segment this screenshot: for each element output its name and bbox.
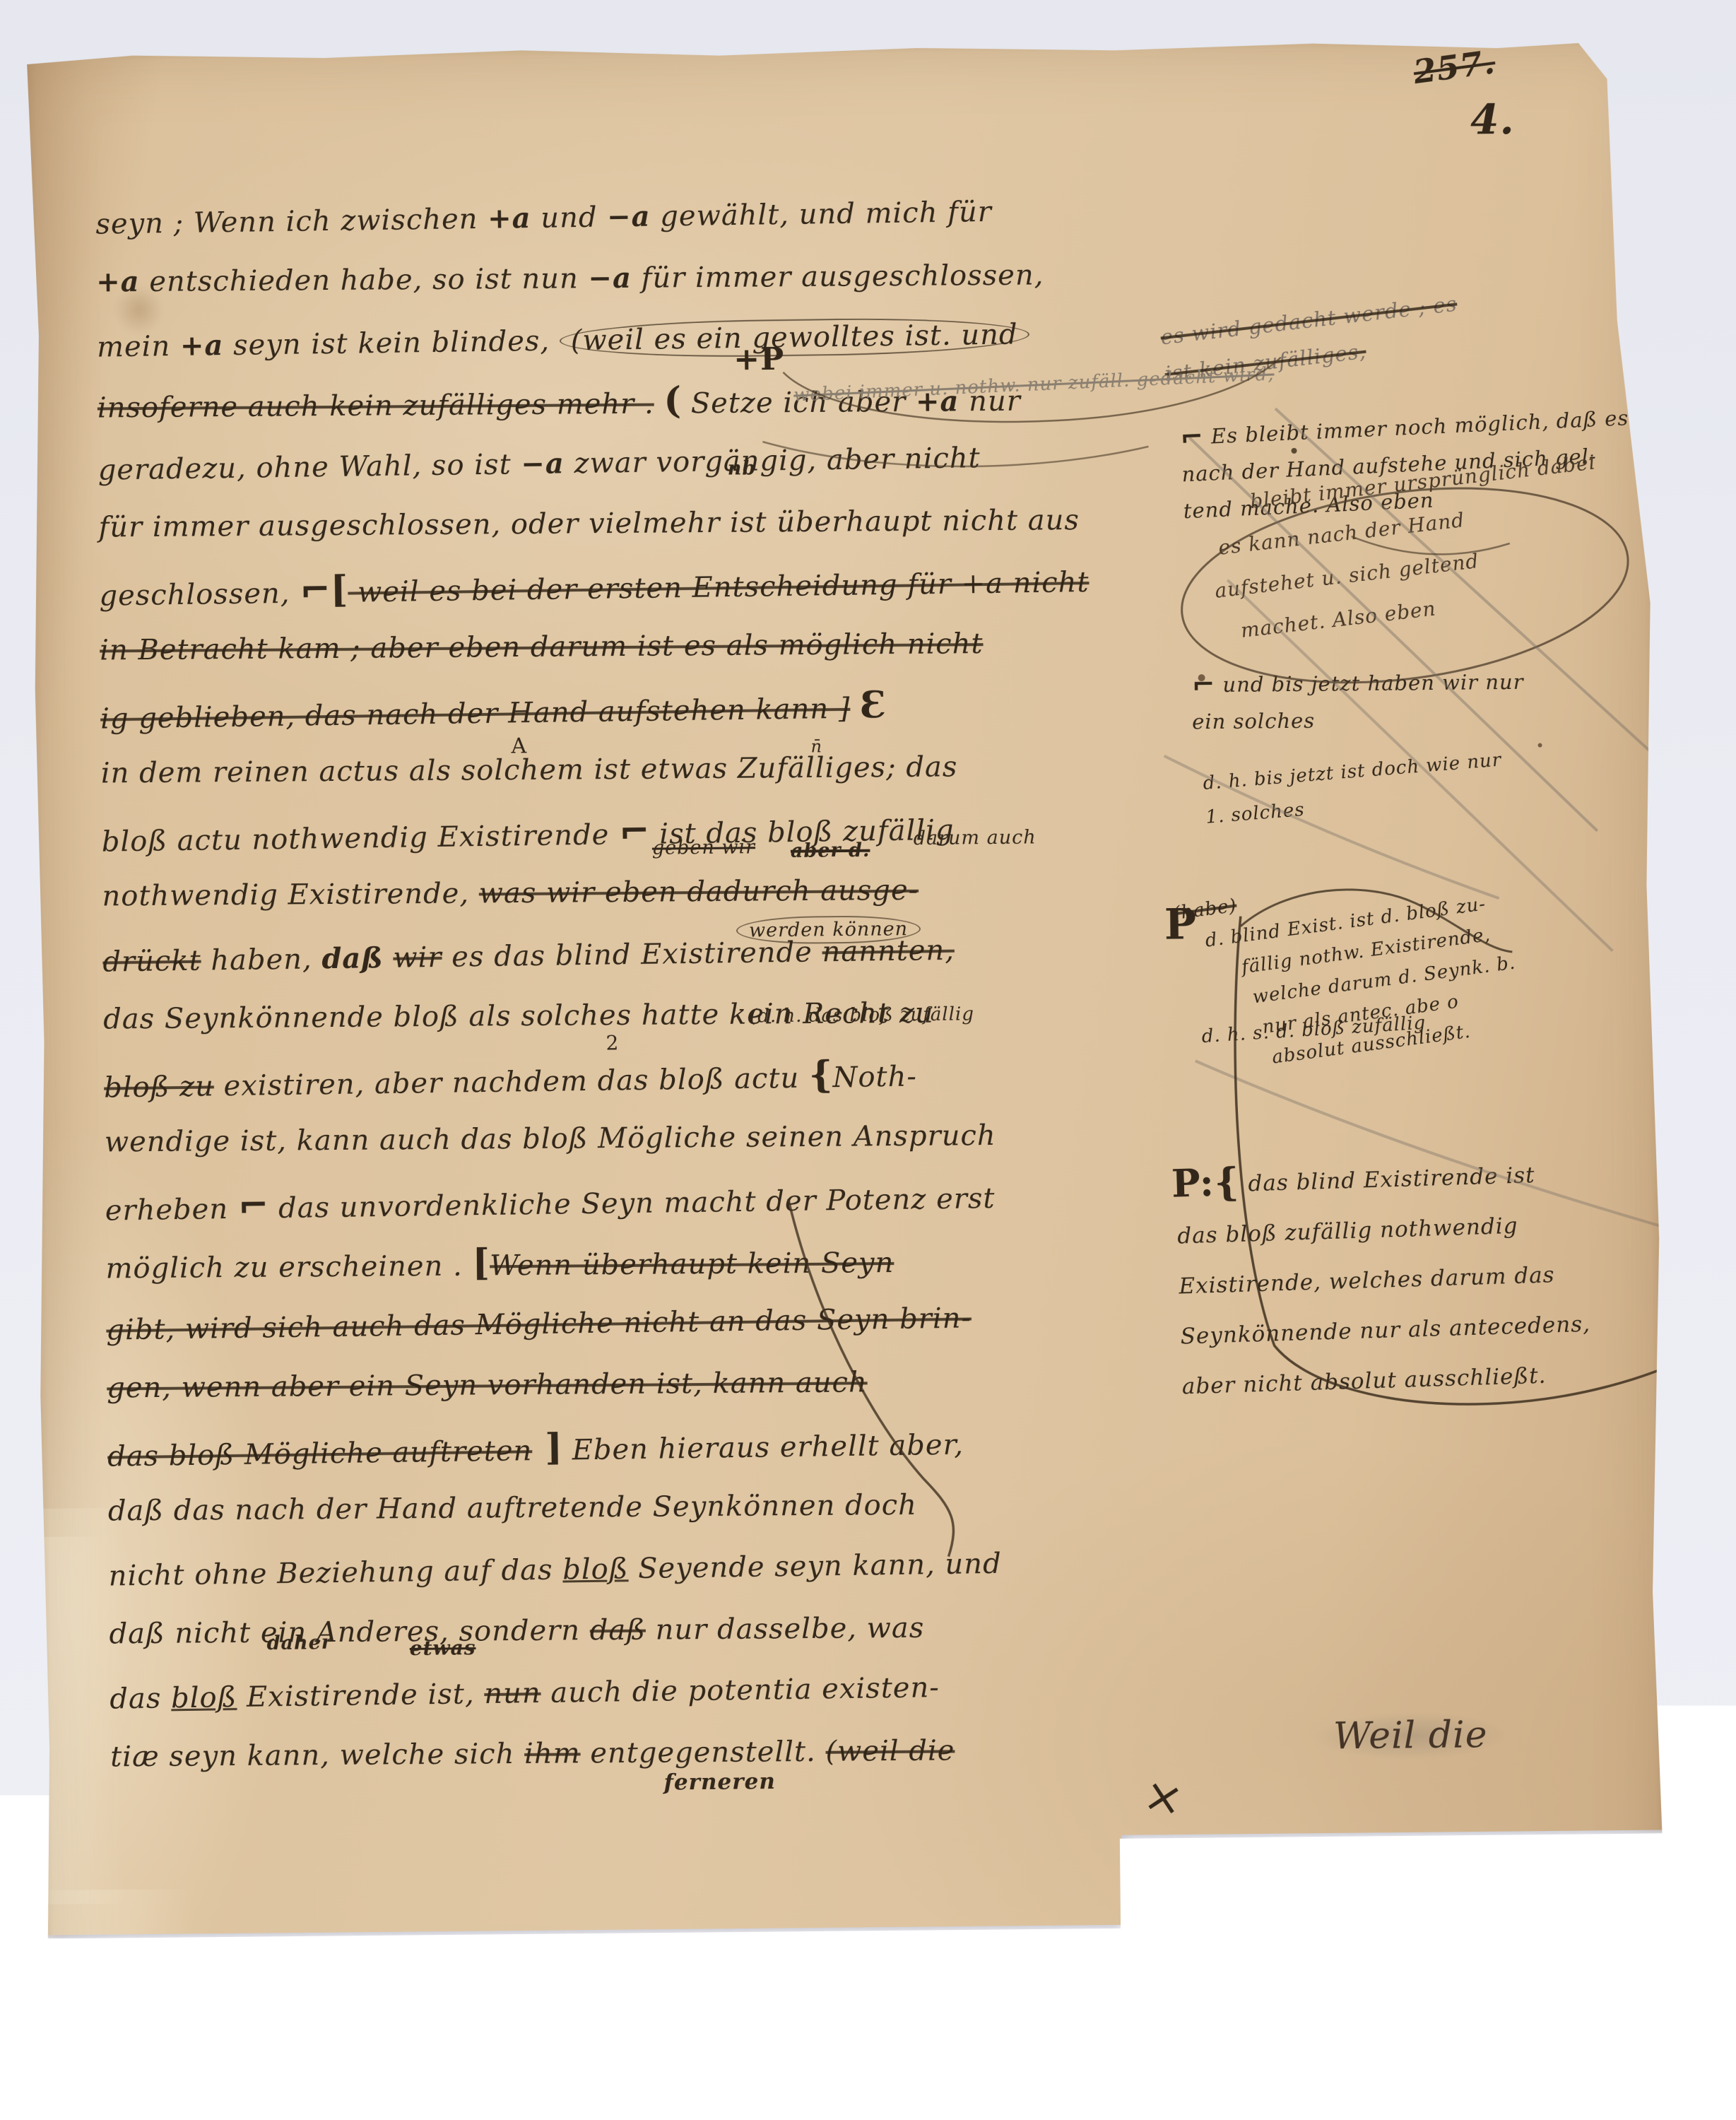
struck-text: drückt <box>102 945 201 979</box>
text-segment: gewählt, und mich für <box>650 196 992 233</box>
struck-text: Wenn überhaupt kein Seyn <box>490 1247 894 1282</box>
manuscript-line-10: in dem reinen actus als solchem ist etwa… <box>101 735 1218 805</box>
pencil-folio-number: 2 <box>1632 35 1648 64</box>
paper-stain <box>45 1889 195 2116</box>
struck-text: gen, wenn aber ein Seyn vorhanden ist, k… <box>107 1366 868 1404</box>
insert-fern: ferneren <box>663 1769 776 1796</box>
text-segment: existiren, aber nachdem das bloß actu <box>214 1062 810 1103</box>
text-segment: bloß <box>562 1553 629 1586</box>
text-segment: ⌐[ <box>300 568 348 612</box>
text-segment: ⌐ <box>237 1184 268 1227</box>
text-segment: (weil es ein gewolltes ist. und <box>559 316 1029 359</box>
manuscript-line-23: nicht ohne Beziehung auf das bloß Seyend… <box>108 1530 1225 1607</box>
struck-text: daß <box>590 1614 646 1647</box>
scan-background: { "page": { "corner_number_pencil": "2",… <box>0 0 1736 2120</box>
text-segment: das bloß zufällig nothwendig <box>1177 1213 1518 1249</box>
text-segment: und <box>531 201 607 234</box>
insertion-sigil: P:{ <box>1171 1157 1240 1209</box>
text-segment: das unvordenkliche Seyn macht der Potenz… <box>268 1182 996 1225</box>
struck-text: nun <box>484 1677 541 1710</box>
struck-text: wir <box>393 941 442 974</box>
text-segment: zwar vorgängig, aber nicht <box>564 442 981 480</box>
text-segment: [ <box>472 1241 490 1284</box>
text-segment: bloß actu nothwendig Existirende <box>101 818 619 858</box>
struck-text: in Betracht kam ; aber eben darum ist es… <box>100 628 984 666</box>
struck-text: (weil die <box>825 1734 955 1767</box>
text-segment: daß nicht ein Anderes, sondern <box>109 1614 590 1650</box>
text-segment: nicht ohne Beziehung auf das <box>108 1554 562 1593</box>
text-segment: Existirende, welches darum das <box>1179 1262 1555 1299</box>
text-segment: haben, <box>201 943 321 977</box>
struck-text: insoferne auch kein zufälliges mehr . <box>98 388 654 425</box>
text-segment: nothwendig Existirende, <box>102 877 479 912</box>
text-segment: das blind Existirende ist <box>1248 1162 1535 1196</box>
struck-text: bloß zu <box>104 1070 214 1104</box>
struck-text: gibt, wird sich auch das Mögliche nicht … <box>106 1302 972 1346</box>
manuscript-line-22: daß das nach der Hand auftretende Seynkö… <box>108 1473 1225 1543</box>
manuscript-line-3: mein +a seyn ist kein blindes, (weil es … <box>96 301 1213 378</box>
manuscript-line-17: erheben ⌐ das unvordenkliche Seyn macht … <box>105 1161 1222 1238</box>
manuscript-line-7: geschlossen, ⌐[ weil es bei der ersten E… <box>99 547 1216 624</box>
insert-etwas: etwas <box>410 1636 476 1660</box>
text-segment: entgegenstellt. <box>580 1736 825 1770</box>
manuscript-line-9: ig geblieben, das nach der Hand aufstehe… <box>100 670 1217 747</box>
struck-text: weil es bei der ersten Entscheidung für … <box>348 566 1090 609</box>
insert-caret: A <box>511 734 527 758</box>
text-segment: für immer ausgeschlossen, <box>632 259 1044 294</box>
text-segment: Ɛ <box>860 683 887 727</box>
struck-text: was wir eben dadurch ausge- <box>479 874 919 910</box>
text-segment: { <box>808 1053 832 1096</box>
margin-note-n4: ⌐und bis jetzt haben wir nurein solches <box>1191 664 1493 740</box>
text-segment: für immer ausgeschlossen, oder vielmehr … <box>98 504 1080 543</box>
manuscript-paper: 257. 4. 2 seyn ; Wenn ich zwischen +a un… <box>27 37 1667 2115</box>
text-segment: −a <box>588 261 632 295</box>
text-segment: Existirende ist, <box>237 1678 485 1714</box>
paper-stain <box>27 52 105 1537</box>
text-segment: Noth- <box>832 1060 917 1094</box>
margin-note-n1: ✛wobei immer und nothwendig nur zufällig… <box>1191 56 1682 149</box>
text-segment: entschieden habe, so ist nun <box>139 262 588 298</box>
insert-daher: daher <box>267 1632 333 1654</box>
text-segment: aber nicht absolut ausschließt. <box>1181 1363 1547 1400</box>
text-segment: seyn ist kein blindes, <box>223 324 560 362</box>
manuscript-line-18: möglich zu erscheinen . [Wenn überhaupt … <box>105 1227 1222 1297</box>
text-segment: geschlossen, <box>99 577 300 613</box>
text-segment: es das blind Existirende <box>442 936 822 974</box>
text-segment: wendige ist, kann auch das bloß Mögliche… <box>105 1119 996 1158</box>
manuscript-line-25: das bloß Existirende ist, nun auch die p… <box>110 1653 1227 1730</box>
insertion-sigil: ⌐ <box>1179 418 1205 456</box>
text-segment: seyn ; Wenn ich zwischen <box>95 203 488 241</box>
insert-weildie: Weil die <box>1313 1711 1508 1761</box>
interlinear-inserts: +Pwobei immer u. nothw. nur zufäll. geda… <box>27 37 1648 53</box>
insert-two: 2 <box>606 1031 619 1054</box>
manuscript-line-13: drückt haben, daß wir es das blind Exist… <box>102 915 1220 992</box>
insert-dhdas: (d. h. das bloß zufällig <box>750 1003 974 1027</box>
text-segment: +a <box>180 329 224 363</box>
text-segment: ] <box>532 1426 563 1470</box>
struck-text: ig geblieben, das nach der Hand aufstehe… <box>100 693 851 736</box>
text-segment: möglich zu erscheinen . <box>105 1250 472 1285</box>
text-segment: mein <box>97 330 181 364</box>
margin-notes: ✛wobei immer und nothwendig nur zufällig… <box>27 37 1648 53</box>
manuscript-line-1: seyn ; Wenn ich zwischen +a und −a gewäh… <box>95 178 1212 255</box>
text-segment: ( <box>663 379 681 422</box>
ink-blot <box>322 1955 331 1964</box>
text-segment: bloß <box>171 1681 237 1714</box>
text-segment: tiæ seyn kann, welche sich <box>110 1738 524 1773</box>
insert-plusp: +P <box>733 341 784 378</box>
paper-stain <box>256 1919 752 2093</box>
text-segment: und bis jetzt haben wir nur <box>1222 670 1523 697</box>
insertion-sigil: ✛ <box>1191 75 1217 112</box>
insertion-sigil: ⌐ <box>1191 666 1215 703</box>
text-segment: ⌐ <box>619 810 650 854</box>
manuscript-line-5: geradezu, ohne Wahl, so ist −a zwar vorg… <box>98 424 1215 501</box>
manuscript-line-8: in Betracht kam ; aber eben darum ist es… <box>100 612 1217 682</box>
manuscript-line-15: bloß zu existiren, aber nachdem das bloß… <box>103 1038 1220 1115</box>
text-segment: +a <box>96 265 140 298</box>
manuscript-line-2: +a entschieden habe, so ist nun −a für i… <box>96 243 1213 313</box>
text-segment: erheben <box>105 1193 238 1227</box>
manuscript-line-20: gen, wenn aber ein Seyn vorhanden ist, k… <box>107 1350 1224 1420</box>
margin-note-n5: d. h. bis jetzt ist doch wie nur1. solch… <box>1202 743 1506 835</box>
text-segment: Eben hieraus erhellt aber, <box>562 1429 964 1467</box>
manuscript-line-12: nothwendig Existirende, was wir eben dad… <box>102 858 1219 928</box>
margin-note-n8: P:{das blind Existirende istdas bloß zuf… <box>1175 1149 1593 1413</box>
insert-darum: darum auch <box>914 826 1037 849</box>
main-text: seyn ; Wenn ich zwischen +a und −a gewäh… <box>95 180 1227 1789</box>
text-segment: 1. solches <box>1205 799 1305 828</box>
insert-nb: nb <box>728 457 757 479</box>
text-segment: das <box>110 1682 171 1715</box>
text-segment: geradezu, ohne Wahl, so ist <box>98 448 521 486</box>
insert-nbar: n̄ <box>810 736 822 756</box>
text-segment: auch die potentia existen- <box>541 1671 940 1709</box>
struck-text: das bloß Mögliche auftreten <box>107 1435 533 1473</box>
manuscript-line-24: daß nicht ein Anderes, sondern daß nur d… <box>109 1596 1226 1666</box>
text-segment: d. h. s. d. bloß zufällig <box>1201 1012 1427 1047</box>
manuscript-line-6: für immer ausgeschlossen, oder vielmehr … <box>98 489 1215 559</box>
text-segment: wobei immer und nothwendig nur zufällige… <box>1223 61 1712 105</box>
margin-note-line: und bis jetzt haben wir nur <box>1191 664 1493 703</box>
text-segment: daß <box>321 941 384 975</box>
text-segment: in dem reinen actus als solchem ist etwa… <box>101 750 958 789</box>
insert-aberd: aber d. <box>791 840 870 862</box>
struck-text: ihm <box>524 1737 581 1770</box>
insert-werden: werden können <box>736 915 921 945</box>
text-segment: +a <box>488 201 531 235</box>
text-segment: −a <box>521 447 565 481</box>
text-segment: daß das nach der Hand auftretende Seynkö… <box>108 1489 917 1528</box>
manuscript-line-19: gibt, wird sich auch das Mögliche nicht … <box>106 1284 1223 1361</box>
text-segment: −a <box>607 200 651 234</box>
text-segment: nur dasselbe, was <box>646 1612 925 1647</box>
text-segment: Seynkönnende nur als antecedens, <box>1180 1312 1590 1350</box>
margin-note-line: ein solches <box>1192 700 1494 740</box>
ink-blot <box>1538 743 1542 748</box>
manuscript-line-21: das bloß Mögliche auftreten ] Eben hiera… <box>107 1407 1224 1484</box>
manuscript-line-14: das Seynkönnende bloß als solches hatte … <box>103 981 1220 1051</box>
text-segment <box>383 942 393 974</box>
text-segment: ein solches <box>1192 709 1315 734</box>
manuscript-line-16: wendige ist, kann auch das bloß Mögliche… <box>105 1104 1222 1174</box>
text-segment <box>654 387 664 420</box>
insert-pmark: P <box>1164 900 1198 949</box>
insert-geben: geben wir <box>652 836 755 859</box>
text-segment: Seyende seyn kann, und <box>628 1548 1002 1585</box>
text-segment <box>850 693 860 725</box>
